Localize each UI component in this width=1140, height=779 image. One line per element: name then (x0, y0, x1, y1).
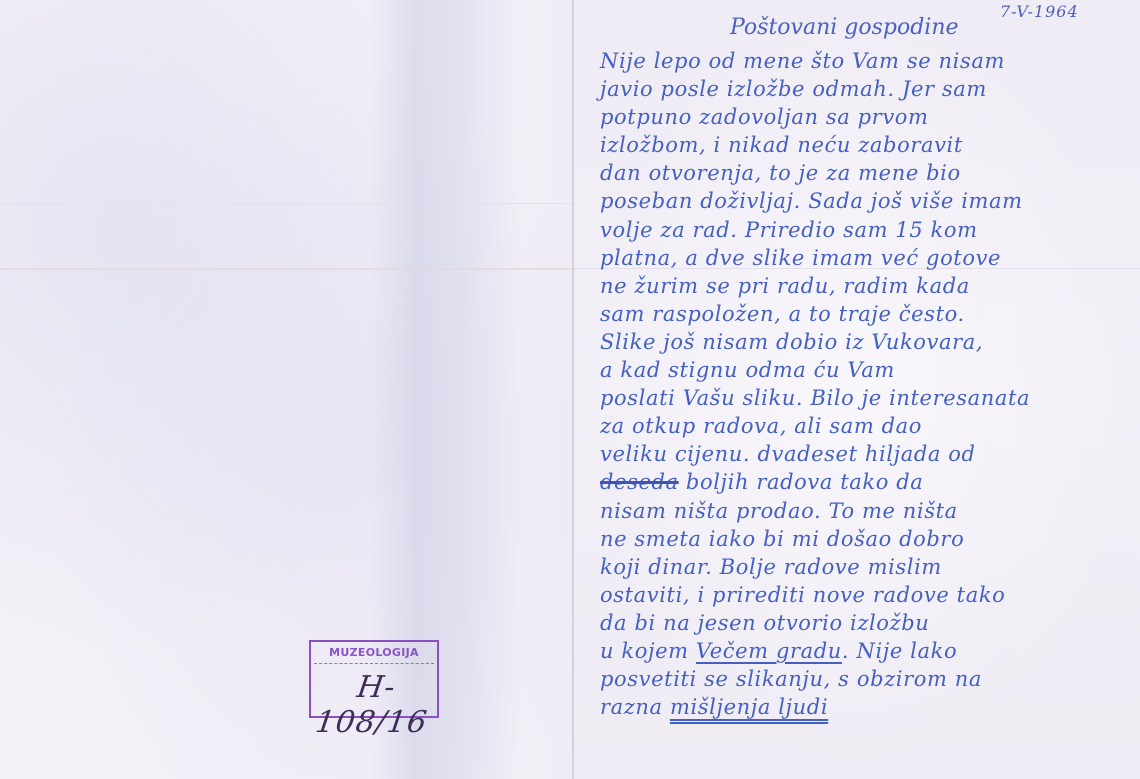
letter-date: 7-V-1964 (1000, 2, 1079, 21)
stamp-inventory-number: H-108/16 (306, 670, 442, 740)
letter-text: potpuno zadovoljan sa prvom (600, 105, 929, 129)
stamp-divider (314, 663, 434, 664)
letter-text: Slike još nisam dobio iz Vukovara, (600, 330, 983, 354)
left-page: MUZEOLOGIJA H-108/16 (0, 0, 578, 779)
letter-line: a kad stignu odma ću Vam (600, 356, 1130, 384)
letter-line: koji dinar. Bolje radove mislim (600, 553, 1130, 581)
page-gutter (572, 0, 574, 779)
letter-line: javio posle izložbe odmah. Jer sam (600, 75, 1130, 103)
letter-text: ne smeta iako bi mi došao dobro (600, 527, 964, 551)
letter-line: deseda boljih radova tako da (600, 468, 1130, 496)
letter-line: poslati Vašu sliku. Bilo je interesanata (600, 384, 1130, 412)
letter-text: sam raspoložen, a to traje često. (600, 302, 965, 326)
letter-text: da bi na jesen otvorio izložbu (600, 611, 929, 635)
museum-stamp: MUZEOLOGIJA H-108/16 (309, 640, 439, 718)
letter-line: Nije lepo od mene što Vam se nisam (600, 47, 1130, 75)
letter-text: . Nije lako (842, 639, 957, 663)
letter-text: platna, a dve slike imam već gotove (600, 246, 1001, 270)
letter-line: posvetiti se slikanju, s obzirom na (600, 665, 1130, 693)
letter-text: boljih radova tako da (679, 470, 924, 494)
letter-line: platna, a dve slike imam već gotove (600, 244, 1130, 272)
letter-text: za otkup radova, ali sam dao (600, 414, 922, 438)
letter-line: volje za rad. Priredio sam 15 kom (600, 216, 1130, 244)
letter-text: veliku cijenu. dvadeset hiljada od (600, 442, 976, 466)
letter-line: potpuno zadovoljan sa prvom (600, 103, 1130, 131)
letter-text-strike: deseda (600, 470, 679, 494)
letter-line: razna mišljenja ljudi (600, 693, 1130, 721)
fold-line (0, 203, 578, 204)
letter-line: Slike još nisam dobio iz Vukovara, (600, 328, 1130, 356)
letter-line: ne smeta iako bi mi došao dobro (600, 525, 1130, 553)
letter-text-underline: Večem gradu (696, 639, 842, 663)
letter-text-double-underline: mišljenja ljudi (670, 695, 828, 719)
letter-text: u kojem (600, 639, 696, 663)
letter-text: javio posle izložbe odmah. Jer sam (600, 77, 987, 101)
letter-line: izložbom, i nikad neću zaboravit (600, 131, 1130, 159)
letter-line: nisam ništa prodao. To me ništa (600, 497, 1130, 525)
letter-text: Nije lepo od mene što Vam se nisam (600, 49, 1005, 73)
fold-line (0, 268, 578, 270)
letter-line: za otkup radova, ali sam dao (600, 412, 1130, 440)
letter-line: sam raspoložen, a to traje često. (600, 300, 1130, 328)
letter-text: dan otvorenja, to je za mene bio (600, 161, 961, 185)
letter-text: a kad stignu odma ću Vam (600, 358, 895, 382)
stamp-title: MUZEOLOGIJA (311, 646, 437, 659)
letter-line: ne žurim se pri radu, radim kada (600, 272, 1130, 300)
letter-text: koji dinar. Bolje radove mislim (600, 555, 942, 579)
letter-line: da bi na jesen otvorio izložbu (600, 609, 1130, 637)
letter-text: ostaviti, i prirediti nove radove tako (600, 583, 1005, 607)
letter-text: izložbom, i nikad neću zaboravit (600, 133, 963, 157)
letter-text: poslati Vašu sliku. Bilo je interesanata (600, 386, 1030, 410)
letter-line: dan otvorenja, to je za mene bio (600, 159, 1130, 187)
letter-text: nisam ništa prodao. To me ništa (600, 499, 958, 523)
letter-line: poseban doživljaj. Sada još više imam (600, 187, 1130, 215)
letter-line: veliku cijenu. dvadeset hiljada od (600, 440, 1130, 468)
letter-text: posvetiti se slikanju, s obzirom na (600, 667, 982, 691)
letter-salutation: Poštovani gospodine (730, 15, 959, 40)
letter-text: volje za rad. Priredio sam 15 kom (600, 218, 978, 242)
letter-line: ostaviti, i prirediti nove radove tako (600, 581, 1130, 609)
letter-text: razna (600, 695, 670, 719)
letter-text: poseban doživljaj. Sada još više imam (600, 189, 1023, 213)
letter-body: Nije lepo od mene što Vam se nisamjavio … (600, 47, 1130, 721)
letter-text: ne žurim se pri radu, radim kada (600, 274, 970, 298)
letter-line: u kojem Večem gradu. Nije lako (600, 637, 1130, 665)
